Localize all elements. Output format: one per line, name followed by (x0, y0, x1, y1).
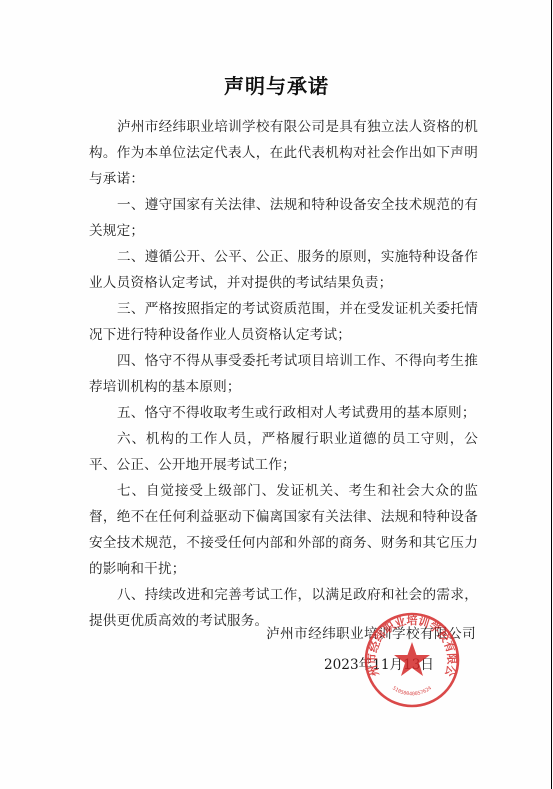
paragraph-item-6: 六、机构的工作人员，严格履行职业道德的员工守则，公平、公正、公开地开展考试工作； (89, 426, 478, 478)
paragraph-item-1: 一、遵守国家有关法律、法规和特种设备安全技术规范的有关规定； (89, 192, 478, 244)
official-seal-icon: 泸州市经纬职业培训学校有限公司 51050040057624 (364, 612, 460, 708)
seal-code-text: 51050040057624 (391, 685, 433, 697)
paragraph-item-2: 二、遵循公开、公平、公正、服务的原则，实施特种设备作业人员资格认定考试，并对提供… (89, 244, 478, 296)
paragraph-item-4: 四、恪守不得从事受委托考试项目培训工作、不得向考生推荐培训机构的基本原则； (89, 348, 478, 400)
page-edge-divider (551, 0, 552, 789)
svg-text:51050040057624: 51050040057624 (391, 685, 433, 697)
document-page: 声明与承诺 泸州市经纬职业培训学校有限公司是具有独立法人资格的机构。作为本单位法… (0, 0, 552, 789)
document-body: 泸州市经纬职业培训学校有限公司是具有独立法人资格的机构。作为本单位法定代表人，在… (89, 114, 478, 634)
document-title: 声明与承诺 (0, 70, 553, 99)
paragraph-item-7: 七、自觉接受上级部门、发证机关、考生和社会大众的监督，绝不在任何利益驱动下偏离国… (89, 478, 478, 582)
paragraph-intro: 泸州市经纬职业培训学校有限公司是具有独立法人资格的机构。作为本单位法定代表人，在… (89, 114, 478, 192)
paragraph-item-5: 五、恪守不得收取考生或行政相对人考试费用的基本原则； (89, 400, 478, 426)
paragraph-item-3: 三、严格按照指定的考试资质范围，并在受发证机关委托情况下进行特种设备作业人员资格… (89, 296, 478, 348)
